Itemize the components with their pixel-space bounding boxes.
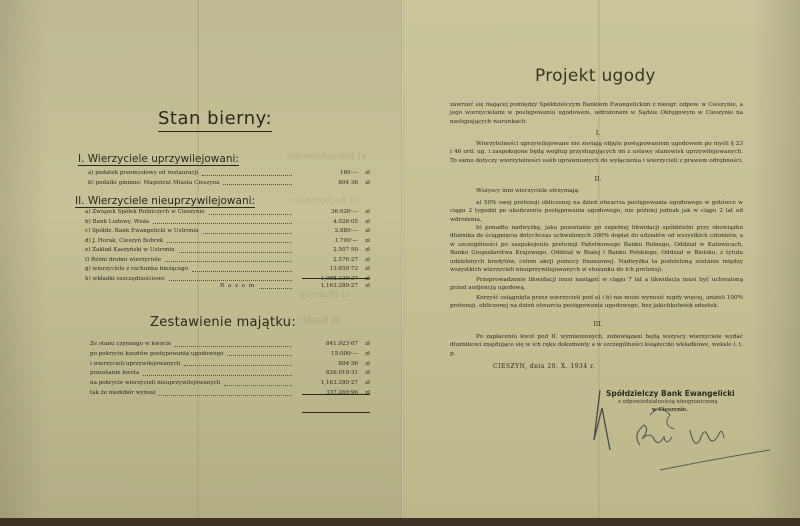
section-numeral: III. [588, 321, 608, 328]
row-amount: 2.880·— [296, 228, 358, 234]
center-fold [401, 0, 404, 520]
ledger-row: tak że niedobór wynosi337.269·96zł [90, 388, 370, 398]
ledger-row: c) Spółdz. Bank Ewangelicki w Ustroniu2.… [85, 226, 370, 236]
ledger-row: d) J. Horak, Cieszyn Bobrek1.700·—zł [85, 236, 370, 246]
row-currency: zł [358, 170, 370, 176]
row-currency: zł [358, 351, 370, 357]
total-amount: 1,163.289·27 [296, 283, 358, 289]
row-label: h) wkładki oszczędnościowe [85, 276, 165, 282]
row-currency: zł [358, 341, 370, 347]
row-amount: 2.576·27 [296, 257, 358, 263]
row-label: c) Spółdz. Bank Ewangelicki w Ustroniu [85, 228, 199, 234]
ledger-row: f) Różni drobni wierzyciele2.576·27zł [85, 255, 370, 265]
stamp-bank-name: Spółdzielczy Bank Ewangelicki [606, 389, 735, 398]
row-label: i wierzycieli uprzywilejowanych [90, 361, 180, 367]
section-2-paragraph: Przeprowadzenie likwidacji musi nastąpić… [450, 276, 743, 293]
total-row: R a z e m 1,163.289·27 zł [220, 281, 370, 291]
ledger-row: na pokrycie wierzycieli nieuprzywilejowa… [90, 378, 370, 388]
section-2-paragraph: Korzyść osiągnięta przez wierzycieli pod… [450, 294, 743, 311]
row-currency: zł [358, 361, 370, 367]
row-label: na pokrycie wierzycieli nieuprzywilejowa… [90, 380, 220, 386]
row-amount: 826.019·31 [296, 370, 358, 376]
row-currency: zł [358, 238, 370, 244]
ledger-row: pozostanie kwota826.019·31zł [90, 368, 370, 378]
row-amount: 13.659·72 [296, 266, 358, 272]
intro-paragraph: zawrzeć się mającej pomiędzy Spółdzielcz… [450, 101, 743, 126]
row-currency: zł [358, 209, 370, 215]
row-currency: zł [358, 370, 370, 376]
place-date: CIESZYN, dnia 20. X. 1934 r. [493, 363, 595, 370]
summary-rule [302, 394, 370, 395]
row-amount: 36.626·— [296, 209, 358, 215]
row-label: Ze stanu czynnego w kwocie [90, 341, 171, 347]
ledger-row: a) Związek Spółek Rolniczych w Cieszynie… [85, 207, 370, 217]
section-2-paragraph: a) 50% swej pretensji obliczonej na dzie… [450, 199, 743, 224]
row-label: a) podatek przemysłowy od restauracji [88, 170, 198, 176]
section-numeral: I. [588, 130, 608, 137]
row-label: f) Różni drobni wierzyciele [85, 257, 161, 263]
row-amount: 1,163.289·27 [296, 380, 358, 386]
agreement-title: Projekt ugody [535, 66, 656, 86]
privileged-creditors-heading: I. Wierzyciele uprzywilejowani: [78, 153, 239, 166]
ledger-row: po pokryciu kosztów postępowania ugodowe… [90, 349, 370, 359]
row-amount: 2.507·50 [296, 247, 358, 253]
section-numeral: II. [588, 176, 608, 183]
summary-rule [302, 412, 370, 413]
ledger-row: g) wierzyciele z rachunku bieżącego13.65… [85, 264, 370, 274]
row-currency: zł [358, 266, 370, 272]
total-rule [302, 278, 370, 279]
row-label: pozostanie kwota [90, 370, 139, 376]
table-surface [0, 518, 800, 526]
row-label: d) J. Horak, Cieszyn Bobrek [85, 238, 163, 244]
row-amount: 4.026·05 [296, 219, 358, 225]
bleed-through-text: b) Ruchomości: [290, 196, 359, 206]
liabilities-title: Stan bierny: [158, 108, 272, 132]
section-3-paragraph: Po zapłaceniu kwot pod II. wymienionych,… [450, 333, 743, 358]
row-amount: 804·36 [296, 180, 358, 186]
row-amount: 337.269·96 [296, 390, 358, 396]
ledger-row: Ze stanu czynnego w kwocie841.923·67zł [90, 339, 370, 349]
bleed-through-text: c) Dłużnicy: [298, 290, 350, 300]
ledger-row: b) podatki gminne: Magistrat Miasta Cies… [88, 178, 370, 188]
row-label: b) podatki gminne: Magistrat Miasta Cies… [88, 180, 219, 186]
document-photo: a) Nieruchomości: b) Ruchomości: c) Dłuż… [0, 0, 800, 526]
row-currency: zł [358, 219, 370, 225]
row-currency: zł [358, 390, 370, 396]
row-amount: 841.923·67 [296, 341, 358, 347]
ledger-row: e) Zakład Kaszyński w Ustroniu2.507·50zł [85, 245, 370, 255]
total-label: R a z e m [220, 283, 255, 289]
row-label: tak że niedobór wynosi [90, 390, 155, 396]
row-label: a) Związek Spółek Rolniczych w Cieszynie [85, 209, 205, 215]
row-currency: zł [358, 257, 370, 263]
row-currency: zł [358, 247, 370, 253]
row-label: b) Bank Ludowy, Wisła [85, 219, 149, 225]
row-currency: zł [358, 180, 370, 186]
row-amount: 160·— [296, 170, 358, 176]
row-amount: 1.700·— [296, 238, 358, 244]
row-label: e) Zakład Kaszyński w Ustroniu [85, 247, 175, 253]
row-currency: zł [358, 380, 370, 386]
bleed-through-text: a) Nieruchomości: [285, 152, 367, 162]
bleed-through-text: d) Banki: [300, 316, 340, 326]
section-2-paragraph: Wszyscy inni wierzyciele otrzymają: [450, 187, 743, 195]
ledger-row: a) podatek przemysłowy od restauracji160… [88, 168, 370, 178]
row-currency: zł [358, 228, 370, 234]
row-amount: 804·36 [296, 361, 358, 367]
stamp-subtitle: z odpowiedzialnością nieograniczoną [618, 399, 718, 405]
stamp-city: w Cieszynie. [652, 407, 688, 413]
section-1-paragraph: Wierzytelności uprzywilejowane nie zosta… [450, 140, 743, 165]
row-amount: 15.000·— [296, 351, 358, 357]
row-label: po pokryciu kosztów postępowania ugodowe… [90, 351, 223, 357]
assets-summary-title: Zestawienie majątku: [150, 315, 296, 330]
section-2-paragraph: b) ponadto nadwyżkę, jaka pozostanie po … [450, 224, 743, 274]
row-label: g) wierzyciele z rachunku bieżącego [85, 266, 188, 272]
ledger-row: i wierzycieli uprzywilejowanych804·36zł [90, 359, 370, 369]
ledger-row: b) Bank Ludowy, Wisła4.026·05zł [85, 217, 370, 227]
